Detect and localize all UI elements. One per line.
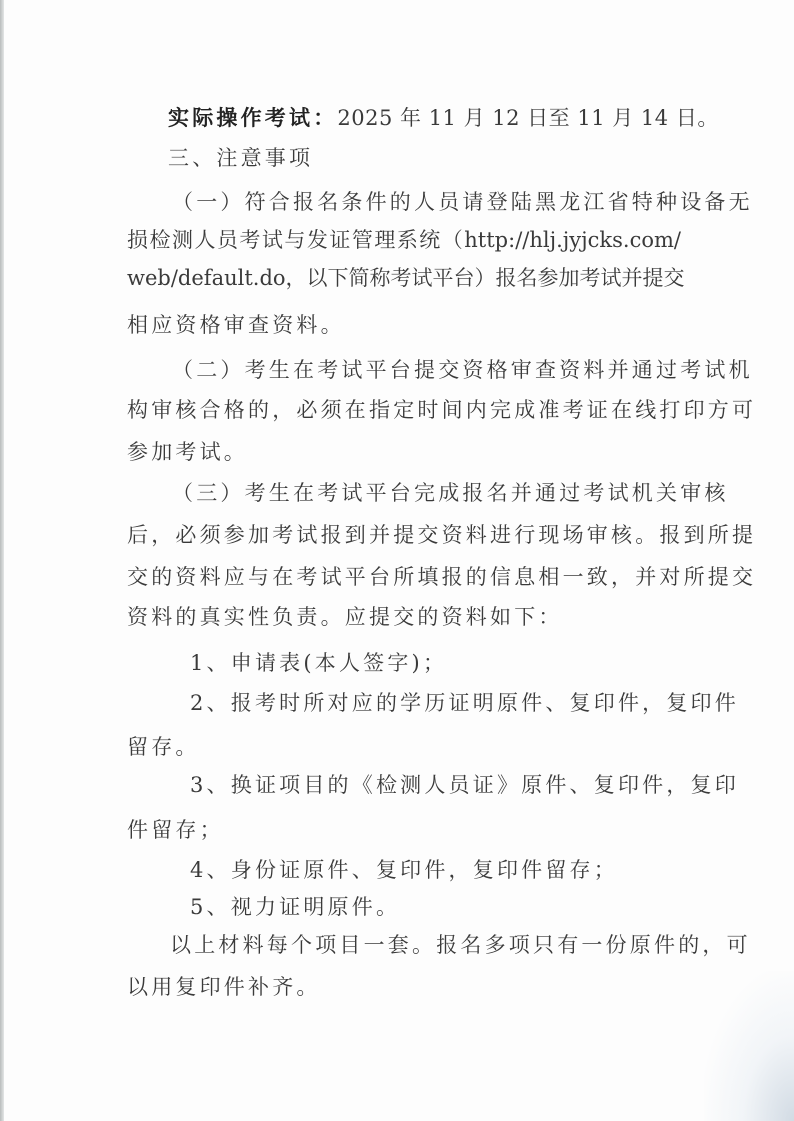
materials-list-item: 2、报考时所对应的学历证明原件、复印件，复印件 <box>190 688 739 718</box>
materials-list-item: 4、身份证原件、复印件，复印件留存； <box>190 855 618 885</box>
exam-date-label: 实际操作考试： <box>168 105 337 130</box>
paragraph-line: 资料的真实性负责。应提交的资料如下： <box>127 602 563 632</box>
paragraph-line: 损检测人员考试与发证管理系统（http://hlj.jyjcks.com/ <box>127 225 681 255</box>
paragraph-line: web/default.do，以下简称考试平台）报名参加考试并提交 <box>127 263 681 293</box>
paragraph-line: （二）考生在考试平台提交资格审查资料并通过考试机 <box>172 355 753 385</box>
section-heading: 三、注意事项 <box>168 143 313 173</box>
materials-list-item-cont: 留存。 <box>127 732 200 762</box>
materials-list-item-cont: 件留存； <box>127 815 224 845</box>
paragraph-line: 相应资格审查资料。 <box>127 310 345 340</box>
scan-edge <box>0 0 4 1121</box>
paragraph-line: 后，必须参加考试报到并提交资料进行现场审核。报到所提 <box>127 520 756 550</box>
paragraph-line: 交的资料应与在考试平台所填报的信息相一致，并对所提交 <box>127 562 756 592</box>
paragraph-line: 参加考试。 <box>127 437 248 467</box>
materials-list-item: 5、视力证明原件。 <box>190 892 400 922</box>
exam-date-line: 实际操作考试：2025 年 11 月 12 日至 11 月 14 日。 <box>168 103 719 133</box>
materials-list-item: 3、换证项目的《检测人员证》原件、复印件，复印 <box>190 770 739 800</box>
paragraph-line: （三）考生在考试平台完成报名并通过考试机关审核 <box>172 478 729 508</box>
closing-note-line: 以上材料每个项目一套。报名多项只有一份原件的，可 <box>170 930 751 960</box>
closing-note-line: 以用复印件补齐。 <box>127 972 321 1002</box>
paragraph-line: （一）符合报名条件的人员请登陆黑龙江省特种设备无 <box>172 187 753 217</box>
scan-shadow <box>704 971 794 1121</box>
exam-date-value: 2025 年 11 月 12 日至 11 月 14 日。 <box>337 106 718 130</box>
materials-list-item: 1、申请表(本人签字)； <box>190 648 447 678</box>
paragraph-line: 构审核合格的，必须在指定时间内完成准考证在线打印方可 <box>127 395 756 425</box>
